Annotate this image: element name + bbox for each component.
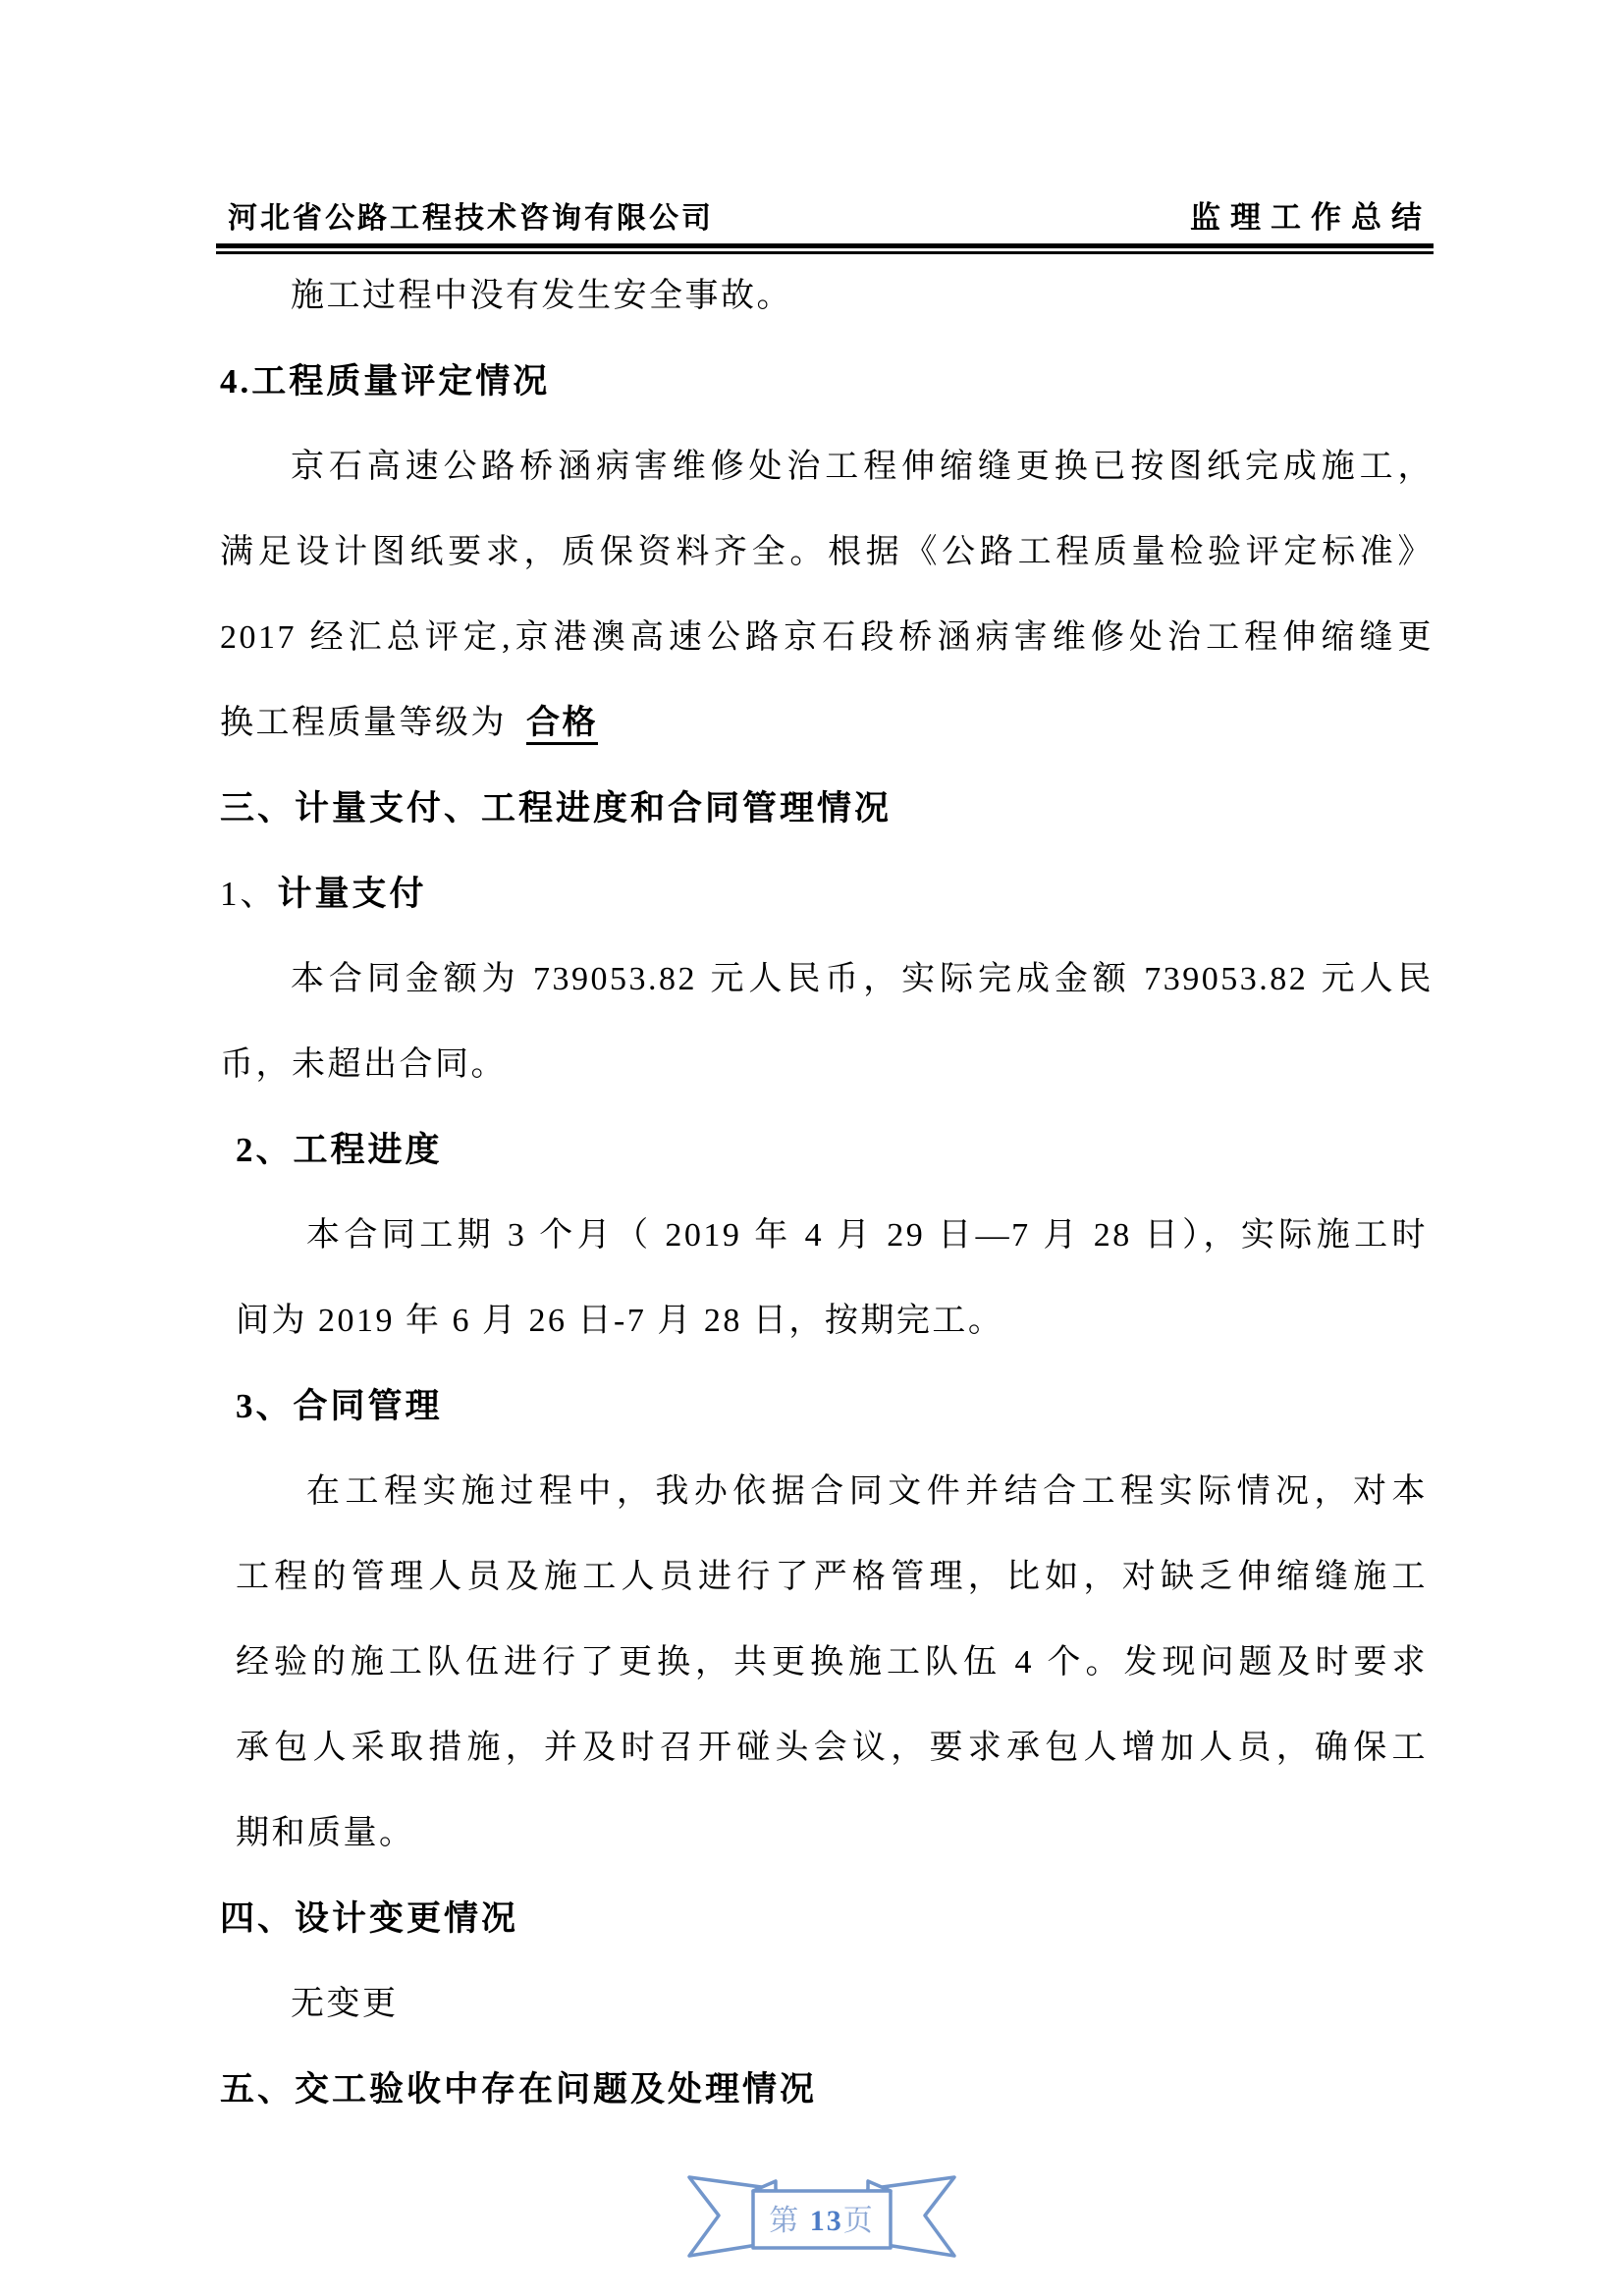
chapter-heading-4: 四、设计变更情况 xyxy=(220,1896,1434,1981)
paragraph-line: 期和质量。 xyxy=(236,1810,1428,1896)
paragraph-line: 间为 2019 年 6 月 26 日-7 月 28 日，按期完工。 xyxy=(236,1298,1428,1383)
subsection-heading-3: 3、合同管理 xyxy=(236,1383,1428,1468)
subsection-heading-1: 1、计量支付 xyxy=(220,871,1434,956)
heading-text: 工程进度 xyxy=(294,1131,443,1169)
paragraph-line: 工程的管理人员及施工人员进行了严格管理，比如，对缺乏伸缩缝施工 xyxy=(236,1554,1428,1639)
header-doc-title: 监理工作总结 xyxy=(1190,192,1432,237)
heading-number: 1、 xyxy=(220,875,278,913)
paragraph-line: 币，未超出合同。 xyxy=(220,1041,1434,1127)
document-page: 河北省公路工程技术咨询有限公司 监理工作总结 施工过程中没有发生安全事故。 4.… xyxy=(0,0,1624,2296)
paragraph-line: 无变更 xyxy=(220,1981,1434,2066)
paragraph-line: 本合同工期 3 个月（ 2019 年 4 月 29 日—7 月 28 日），实际… xyxy=(236,1212,1428,1298)
header-company-name: 河北省公路工程技术咨询有限公司 xyxy=(228,193,714,237)
grade-prefix: 换工程质量等级为 xyxy=(220,705,507,741)
paragraph-line: 在工程实施过程中，我办依据合同文件并结合工程实际情况，对本 xyxy=(236,1468,1428,1554)
subsection-heading-2: 2、工程进度 xyxy=(236,1127,1428,1212)
chapter-heading-5: 五、交工验收中存在问题及处理情况 xyxy=(220,2066,1434,2152)
paragraph-line: 本合同金额为 739053.82 元人民币，实际完成金额 739053.82 元… xyxy=(220,956,1434,1041)
header-double-rule xyxy=(216,243,1434,254)
heading-text: 计量支付 xyxy=(278,875,427,913)
paragraph-line: 承包人采取措施，并及时召开碰头会议，要求承包人增加人员，确保工 xyxy=(236,1725,1428,1810)
section-heading-4: 4.工程质量评定情况 xyxy=(220,358,1434,444)
paragraph-line-grade: 换工程质量等级为合格 xyxy=(220,700,1434,785)
heading-text: 合同管理 xyxy=(294,1387,443,1425)
paragraph-line: 满足设计图纸要求，质保资料齐全。根据《公路工程质量检验评定标准》 xyxy=(220,529,1434,614)
paragraph-line: 施工过程中没有发生安全事故。 xyxy=(220,273,1434,358)
heading-number: 2、 xyxy=(236,1131,294,1169)
heading-number: 3、 xyxy=(236,1387,294,1425)
paragraph-line: 2017 经汇总评定,京港澳高速公路京石段桥涵病害维修处治工程伸缩缝更 xyxy=(220,614,1434,700)
page-header: 河北省公路工程技术咨询有限公司 监理工作总结 xyxy=(228,192,1432,237)
page-number-ribbon: 第 13页 xyxy=(681,2171,962,2269)
paragraph-line: 京石高速公路桥涵病害维修处治工程伸缩缝更换已按图纸完成施工， xyxy=(220,444,1434,529)
grade-value-underlined: 合格 xyxy=(526,705,598,741)
chapter-heading-3: 三、计量支付、工程进度和合同管理情况 xyxy=(220,785,1434,871)
paragraph-line: 经验的施工队伍进行了更换，共更换施工队伍 4 个。发现问题及时要求 xyxy=(236,1639,1428,1725)
document-body: 施工过程中没有发生安全事故。 4.工程质量评定情况 京石高速公路桥涵病害维修处治… xyxy=(220,273,1434,2152)
page-number-label: 第 13页 xyxy=(769,2205,875,2237)
